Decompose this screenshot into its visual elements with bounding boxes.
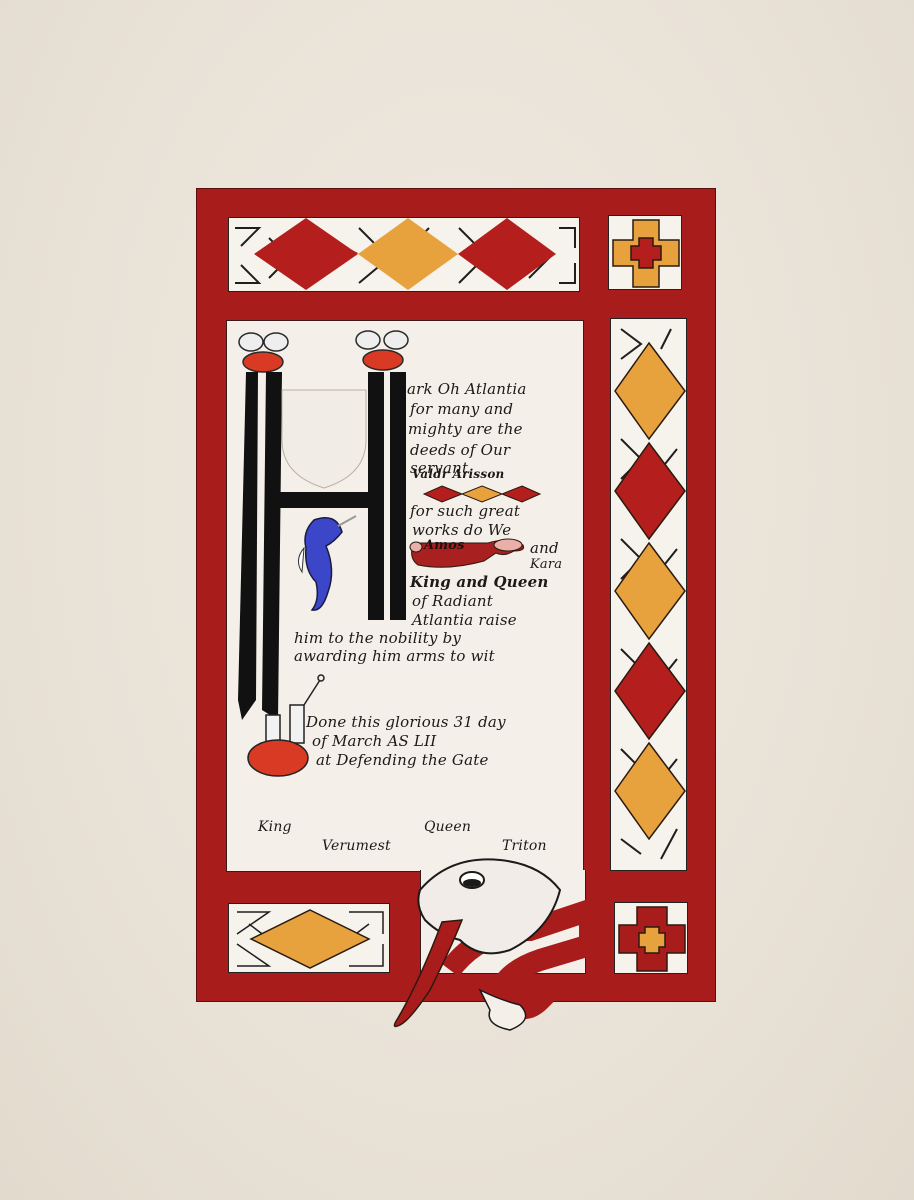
blue-seahorse	[298, 516, 356, 610]
queen-name: Kara	[530, 557, 562, 572]
bottom-knotwork-pattern-icon	[229, 904, 390, 973]
text-line-1: ark Oh Atlantia	[407, 380, 526, 398]
text-line-2: for many and	[410, 400, 513, 418]
text-line-10: of Radiant	[412, 592, 493, 610]
text-line-13: awarding him arms to wit	[294, 647, 495, 665]
text-line-12: him to the nobility by	[294, 629, 461, 647]
cross-knot-icon	[609, 216, 682, 290]
cross-knot-icon-red	[615, 903, 688, 974]
bottom-left-knotwork-panel	[228, 903, 390, 973]
bird-head-ornaments	[239, 331, 408, 372]
text-line-9: King and Queen	[410, 573, 548, 591]
diamond-divider-icon	[422, 484, 542, 504]
king-label: King	[258, 819, 292, 835]
text-line-7: works do We	[412, 521, 511, 539]
date-line-2: of March AS LII	[312, 732, 436, 750]
right-knotwork-band	[610, 318, 687, 871]
queen-label: Queen	[424, 819, 471, 835]
vertical-knotwork-pattern-icon	[611, 319, 687, 871]
bottom-right-corner-knot	[614, 902, 688, 974]
date-line-3: at Defending the Gate	[316, 751, 489, 769]
top-right-corner-knot	[608, 215, 682, 290]
king-signature: Verumest	[322, 838, 391, 854]
text-line-11: Atlantia raise	[412, 611, 517, 629]
date-line-1: Done this glorious 31 day	[306, 713, 506, 731]
text-line-3: mighty are the	[408, 420, 523, 438]
king-name: Amos	[424, 538, 465, 553]
text-and: and	[530, 539, 559, 557]
beast-head-initial-r-icon	[390, 850, 610, 1050]
text-line-6: for such great	[410, 502, 520, 520]
recipient-name: Valdr Arisson	[412, 467, 504, 481]
text-line-4: deeds of Our	[410, 441, 510, 459]
